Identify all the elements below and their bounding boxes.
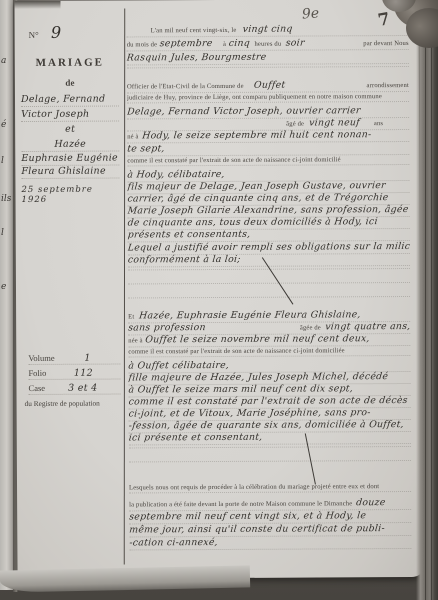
registry-volume-row: Volume 1 — [28, 353, 120, 365]
edge-writing-fragment: l — [1, 228, 4, 238]
handwritten-text: de cinquante ans, tous deux domiciliés à… — [128, 216, 379, 228]
page-edge-line — [431, 0, 432, 600]
handwritten-text: à Ouffet célibataire, — [128, 360, 229, 372]
handwritten-text: sans profession — [128, 322, 206, 333]
page-edge-line — [425, 0, 426, 600]
printed-form-text: Officier de l'Etat-Civil de la Commune d… — [127, 83, 244, 91]
volume-label: Volume — [28, 353, 54, 363]
body-line: ici présente et consentant, — [129, 431, 411, 445]
register-photo: aélilsle N° 9 MARIAGE de Delage, Fernand… — [0, 0, 438, 600]
body-line: du mois deseptembreàcinqheures dusoirpar… — [127, 37, 409, 51]
printed-form-text: par devant Nous — [363, 40, 409, 47]
registry-case-row: Case 3 et 4 — [28, 383, 120, 395]
body-line — [128, 295, 410, 298]
handwritten-text: Hazée, Euphrasie Eugénie Fleura Ghislain… — [139, 309, 362, 321]
body-line — [127, 65, 409, 68]
edge-writing-fragment: é — [1, 120, 6, 130]
volume-value: 1 — [84, 353, 90, 364]
names-conjunction: et — [21, 124, 119, 137]
handwritten-text: carrier, âgé de cinquante cinq ans, et d… — [127, 192, 389, 204]
groom-name-line2: Victor Joseph — [21, 109, 119, 123]
printed-form-text: L'an mil neuf cent vingt-six, le — [151, 27, 237, 34]
folio-value: 112 — [74, 368, 93, 379]
act-number: N° 9 — [21, 22, 127, 42]
handwritten-text: Lequel a justifié avoir rempli ses oblig… — [128, 241, 410, 253]
blank-rule — [129, 459, 411, 460]
case-value: 3 et 4 — [68, 383, 97, 394]
handwritten-text: vingt neuf — [309, 117, 361, 128]
body-line: L'an mil neuf cent vingt-six, levingt ci… — [127, 23, 409, 37]
handwritten-text: Ouffet le seize novembre mil neuf cent d… — [145, 333, 371, 345]
body-line: Rasquin Jules, Bourgmestre — [127, 51, 409, 65]
blank-rule — [229, 367, 410, 368]
handwritten-text: Rasquin Jules, Bourgmestre — [127, 52, 267, 64]
handwritten-text: ci-joint, et de Vitoux, Marie Joséphine,… — [129, 407, 372, 419]
blank-rule — [225, 176, 410, 177]
printed-form-text: comme il est constaté par l'extrait de s… — [128, 347, 344, 355]
act-number-value: 9 — [51, 23, 62, 42]
register-page: N° 9 MARIAGE de Delage, Fernand Victor J… — [14, 0, 421, 579]
handwritten-text: -fession, âgée de quarante six ans, domi… — [129, 419, 405, 431]
blank-rule — [128, 295, 410, 296]
handwritten-text: septembre mil neuf cent vingt six, et à … — [129, 510, 367, 522]
printed-form-text: Lesquels nous ont requis de procéder à l… — [129, 483, 379, 491]
handwritten-text: Ouffet — [253, 80, 286, 91]
body-line — [129, 459, 411, 462]
registry-folio-row: Folio 112 — [28, 368, 120, 380]
bride-name-line3: Fleura Ghislaine — [21, 166, 119, 180]
blank-rule — [127, 126, 286, 127]
bride-name-line1: Hazée — [21, 139, 119, 153]
act-date: 25 septembre 1926 — [21, 185, 119, 207]
handwritten-text: septembre — [160, 38, 214, 49]
blank-rule — [218, 544, 411, 545]
handwritten-text: à Hody, célibataire, — [127, 169, 225, 181]
handwritten-text: conformément à la loi; — [128, 254, 241, 266]
handwritten-text: à Ouffet le seize mars mil neuf cent dix… — [128, 383, 353, 395]
pencil-annotation: 9e — [301, 5, 319, 22]
edge-writing-fragment: l — [1, 156, 4, 166]
printed-form-text: judiciaire de Huy, province de Liège, on… — [127, 93, 382, 101]
printed-form-text: ans — [374, 120, 383, 127]
blank-rule — [266, 59, 408, 60]
edge-writing-fragment: a — [1, 56, 6, 66]
handwritten-text: même jour, ainsi qu'il conste du certifi… — [129, 523, 385, 535]
handwritten-text: présents et consentants, — [128, 229, 251, 241]
registry-footnote: du Registre de population — [25, 399, 100, 408]
act-title-de: de — [21, 78, 119, 89]
act-title: MARIAGE — [21, 57, 119, 70]
printed-form-text: âgé de — [286, 121, 304, 128]
body-line: Lesquels nous ont requis de procéder à l… — [129, 483, 411, 493]
edge-writing-fragment: e — [1, 282, 6, 292]
printed-form-text: arrondissement — [367, 82, 409, 89]
body-line — [129, 445, 411, 448]
handwritten-text: Hody, le seize septembre mil huit cent n… — [142, 129, 372, 141]
handwritten-text: Marie Joseph Gilarie Alexandrine, sans p… — [128, 204, 409, 216]
blank-rule — [292, 31, 408, 32]
handwritten-text: -cation ci-annexé, — [129, 537, 218, 548]
handwritten-text: comme il est constaté par l'extrait de s… — [129, 395, 409, 407]
printed-form-text: comme il est constaté par l'extrait de s… — [127, 156, 340, 164]
handwritten-text: cinq — [229, 38, 251, 49]
page-stack-bottom-edge — [0, 565, 250, 592]
handwritten-text: douze — [356, 497, 387, 508]
printed-form-text: du mois de — [127, 41, 157, 48]
handwritten-text: vingt cinq — [242, 24, 293, 35]
body-line: Officier de l'Etat-Civil de la Commune d… — [127, 79, 409, 93]
case-label: Case — [28, 383, 45, 393]
bride-name-line2: Euphrasie Eugénie — [21, 153, 119, 167]
body-line — [128, 281, 410, 284]
body-line: -cation ci-annexé, — [129, 536, 411, 550]
handwritten-text: fille majeure de Hazée, Jules Joseph Mic… — [128, 371, 388, 383]
groom-name-line1: Delage, Fernand — [21, 94, 119, 108]
body-line: te sept, — [127, 142, 409, 156]
folio-label: Folio — [28, 368, 46, 378]
handwritten-text: fils majeur de Delage, Jean Joseph Gusta… — [127, 180, 386, 192]
handwritten-text: vingt quatre ans, — [324, 321, 410, 332]
printed-form-text: né à — [127, 133, 138, 140]
act-number-label: N° — [29, 30, 39, 40]
blank-rule — [165, 150, 409, 151]
margin-divider-rule — [124, 8, 126, 564]
handwritten-text: ici présente et consentant, — [129, 432, 263, 444]
book-right-edge — [416, 0, 438, 600]
printed-form-text: heures du — [254, 41, 281, 48]
body-line: judiciaire de Huy, province de Liège, on… — [127, 93, 409, 103]
handwritten-text: Delage, Fernand Victor Joseph, ouvrier c… — [127, 105, 361, 117]
body-line: comme il est constaté par l'extrait de s… — [128, 347, 410, 357]
printed-form-text: la publication a été faite devant la por… — [129, 500, 352, 508]
printed-form-text: à — [223, 41, 226, 48]
printed-form-text: Et — [128, 313, 134, 320]
edge-writing-fragment: ils — [1, 194, 11, 204]
act-body: L'an mil neuf cent vingt-six, levingt ci… — [127, 15, 409, 16]
printed-form-text: née à — [128, 337, 143, 344]
blank-rule — [263, 439, 411, 440]
handwritten-text: soir — [285, 38, 305, 49]
corner-smudge — [14, 1, 60, 9]
handwritten-text: te sept, — [127, 143, 165, 154]
body-line: née àOuffet le seize novembre mil neuf c… — [128, 333, 410, 347]
printed-form-text: âgée de — [300, 324, 321, 331]
body-line: comme il est constaté par l'extrait de s… — [127, 156, 409, 166]
blank-rule — [128, 281, 410, 282]
blank-rule — [251, 236, 410, 237]
